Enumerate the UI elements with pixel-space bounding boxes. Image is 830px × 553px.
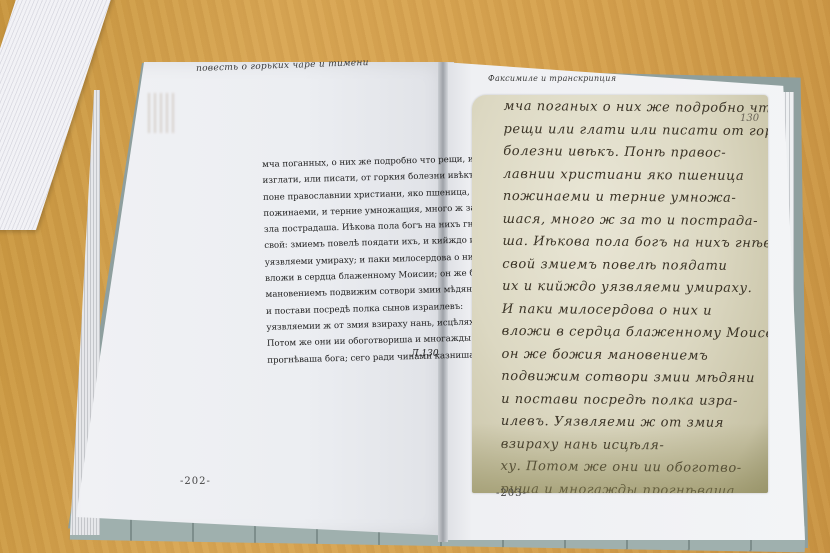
manuscript-line: вложи в сердца блаженному Моисеи	[502, 321, 762, 346]
printed-transcription: мча поганных, о них же подробно что рещи…	[262, 152, 463, 369]
manuscript-line: он же божия мановениемъ	[501, 343, 761, 368]
manuscript-line: пожинаеми и терние умножа-	[503, 186, 763, 211]
manuscript-line: болезни ивѣкъ. Понѣ правос-	[503, 141, 763, 166]
manuscript-line: подвижим сотвори змии мѣдяни	[501, 366, 761, 391]
folio-reference: Л.130	[411, 349, 439, 359]
right-page-number: -203-	[496, 488, 527, 499]
manuscript-line: И паки милосердова о них и	[502, 298, 762, 323]
right-running-head: Факсимиле и транскрипция	[488, 74, 616, 83]
manuscript-line: мча поганых о них же подробно что	[504, 96, 764, 121]
manuscript-facsimile: мча поганых о них же подробно что рещи и…	[472, 95, 768, 493]
manuscript-line: и постави посредѣ полка изра-	[501, 388, 761, 413]
manuscript-line: свой змиемъ повелѣ поядати	[502, 253, 762, 278]
manuscript-line: рещи или глати или писати от горкия	[503, 118, 763, 143]
manuscript-line: риша и многажды прогнѣваша	[500, 478, 760, 493]
left-page-number: -202-	[180, 476, 211, 487]
manuscript-line: ша. Иѣкова пола богъ на нихъ гнѣвъ	[502, 231, 762, 256]
manuscript-line: шася, много ж за то и пострада-	[503, 208, 763, 233]
manuscript-line: их и кийждо уязвляеми умираху.	[502, 276, 762, 301]
manuscript-line: илевъ. Уязвляеми ж от змия	[501, 411, 761, 436]
manuscript-line: лавнии христиани яко пшеница	[503, 163, 763, 188]
manuscript-line: взираху нань исцѣля-	[501, 433, 761, 458]
manuscript-folio-number: 130	[740, 113, 759, 124]
handwritten-text: мча поганых о них же подробно что рещи и…	[500, 96, 764, 493]
bleed-through-marks	[148, 93, 178, 133]
manuscript-line: ху. Потом же они ии обоготво-	[500, 456, 760, 481]
